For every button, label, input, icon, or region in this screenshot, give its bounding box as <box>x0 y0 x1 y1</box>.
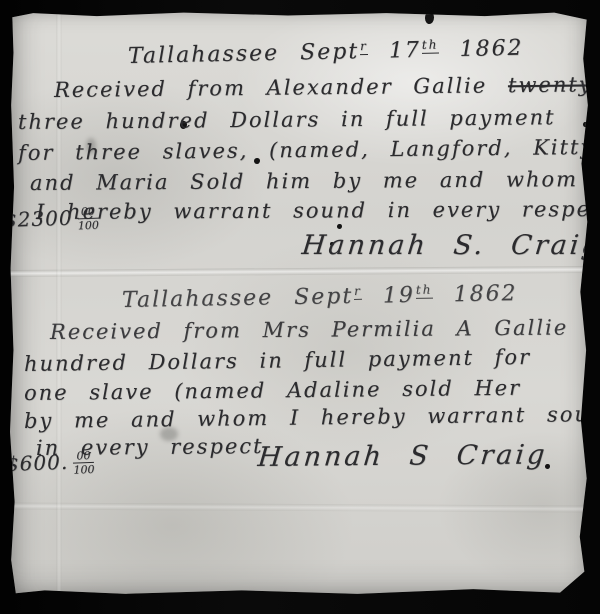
receipt2-opening-line: Received from Mrs Permilia A Gallie Six <box>50 315 600 344</box>
struck-word: twenty <box>508 72 593 97</box>
dateline-place: Tallahassee <box>128 41 280 69</box>
receipt2-signature: Hannah S Craig <box>257 439 549 473</box>
receipt1-line: three hundred Dollars in full payment <box>18 105 556 134</box>
receipt2-amount: $600.00100 <box>6 449 95 478</box>
amount-fraction: 00100 <box>73 450 95 476</box>
ink-speck <box>583 122 587 127</box>
ink-speck <box>425 12 434 24</box>
receipt2-line: hundred Dollars in full payment for <box>24 345 531 376</box>
fold-crease-horizontal <box>10 266 589 277</box>
dateline-place: Tallahassee <box>122 285 274 313</box>
dateline-month: Septr <box>294 284 362 310</box>
dateline-year: 1862 <box>459 36 524 62</box>
dateline-day: 17th <box>389 37 439 63</box>
day-suffix: th <box>422 37 439 53</box>
fold-crease-horizontal <box>10 502 589 512</box>
amount-fraction: 00100 <box>77 206 99 232</box>
dateline-day: 19th <box>383 283 433 309</box>
receipt2-dateline: Tallahassee Septr 19th 1862 <box>122 281 518 313</box>
receipt1-signature: Hannah S. Craig <box>300 230 600 261</box>
opening-text: Received from Alexander Gallie <box>54 73 487 102</box>
day-suffix: th <box>416 282 433 298</box>
dateline-year: 1862 <box>453 281 517 307</box>
receipt2-line: by me and whom I hereby warrant sound <box>24 402 600 433</box>
amount-dollars: $2300 <box>4 206 73 232</box>
receipt1-amount: $230000100 <box>4 205 99 234</box>
paper-sheet: Tallahassee Septr 17th 1862 Received fro… <box>10 12 589 595</box>
ink-speck <box>337 224 342 229</box>
scanned-document: Tallahassee Septr 17th 1862 Received fro… <box>0 0 600 614</box>
month-suffix: r <box>360 39 368 55</box>
receipt1-opening-line: Received from Alexander Gallie twenty <box>54 72 593 102</box>
receipt1-dateline: Tallahassee Septr 17th 1862 <box>128 36 524 69</box>
receipt2-line: one slave (named Adaline sold Her <box>24 376 521 405</box>
amount-dollars: $600. <box>6 450 69 476</box>
month-suffix: r <box>354 283 362 299</box>
dateline-month: Septr <box>300 39 368 65</box>
receipt1-line: I hereby warrant sound in every respect <box>36 197 600 224</box>
receipt1-line: for three slaves, (named, Langford, Kitt… <box>18 135 600 165</box>
receipt1-line: and Maria Sold him by me and whom <box>30 167 578 195</box>
